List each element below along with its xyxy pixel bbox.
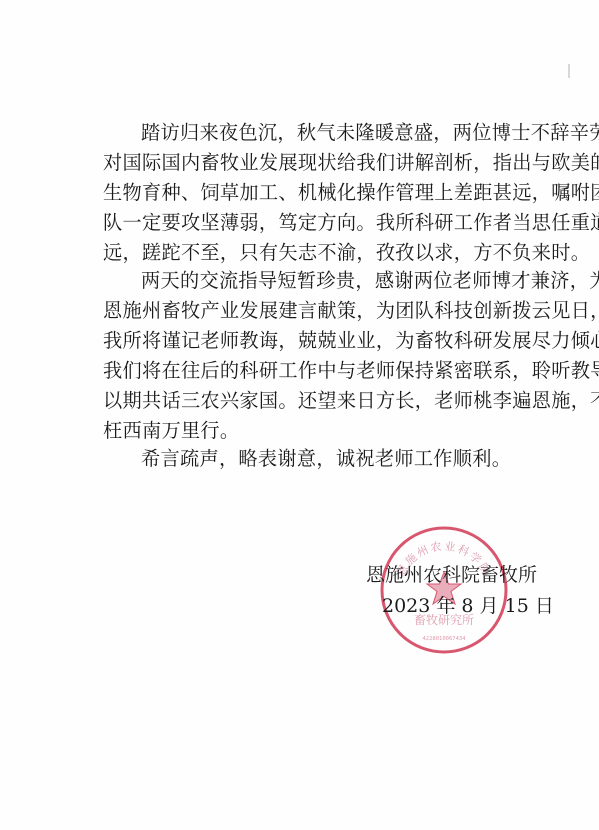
margin-mark xyxy=(568,64,570,78)
text-line: 踏访归来夜色沉，秋气未隆暖意盛，两位博士不辞辛劳， xyxy=(103,118,523,148)
text-line: 远，蹉跎不至，只有矢志不渝，孜孜以求，方不负来时。 xyxy=(103,238,523,268)
text-line: 希言疏声，略表谢意，诚祝老师工作顺利。 xyxy=(103,444,523,474)
text-line: 枉西南万里行。 xyxy=(103,416,523,446)
signature-date: 2023 年 8 月 15 日 xyxy=(382,591,554,618)
text-line: 两天的交流指导短暂珍贵，感谢两位老师博才兼济，为 xyxy=(103,266,523,296)
text-line: 以期共话三农兴家国。还望来日方长，老师桃李遍恩施，不 xyxy=(103,386,523,416)
seal-serial: 4228010067434 xyxy=(422,636,466,642)
text-line: 恩施州畜牧产业发展建言献策，为团队科技创新拨云见日， xyxy=(103,296,523,326)
text-line: 对国际国内畜牧业发展现状给我们讲解剖析，指出与欧美的 xyxy=(103,148,523,178)
signature-organization: 恩施州农科院畜牧所 xyxy=(366,560,537,587)
text-line: 生物育种、饲草加工、机械化操作管理上差距甚远，嘱咐团 xyxy=(103,178,523,208)
paragraph-1: 踏访归来夜色沉，秋气未隆暖意盛，两位博士不辞辛劳， 对国际国内畜牧业发展现状给我… xyxy=(103,118,523,268)
text-line: 队一定要攻坚薄弱，笃定方向。我所科研工作者当思任重道 xyxy=(103,208,523,238)
paragraph-2: 两天的交流指导短暂珍贵，感谢两位老师博才兼济，为 恩施州畜牧产业发展建言献策，为… xyxy=(103,266,523,446)
letter-page: 踏访归来夜色沉，秋气未隆暖意盛，两位博士不辞辛劳， 对国际国内畜牧业发展现状给我… xyxy=(0,0,599,830)
official-seal-icon: 恩施州农业科学院 畜牧研究所 4228010067434 xyxy=(378,524,510,656)
text-line: 我所将谨记老师教诲，兢兢业业，为畜牧科研发展尽力倾心。 xyxy=(103,326,523,356)
text-line: 我们将在往后的科研工作中与老师保持紧密联系，聆听教导， xyxy=(103,356,523,386)
paragraph-3: 希言疏声，略表谢意，诚祝老师工作顺利。 xyxy=(103,444,523,474)
